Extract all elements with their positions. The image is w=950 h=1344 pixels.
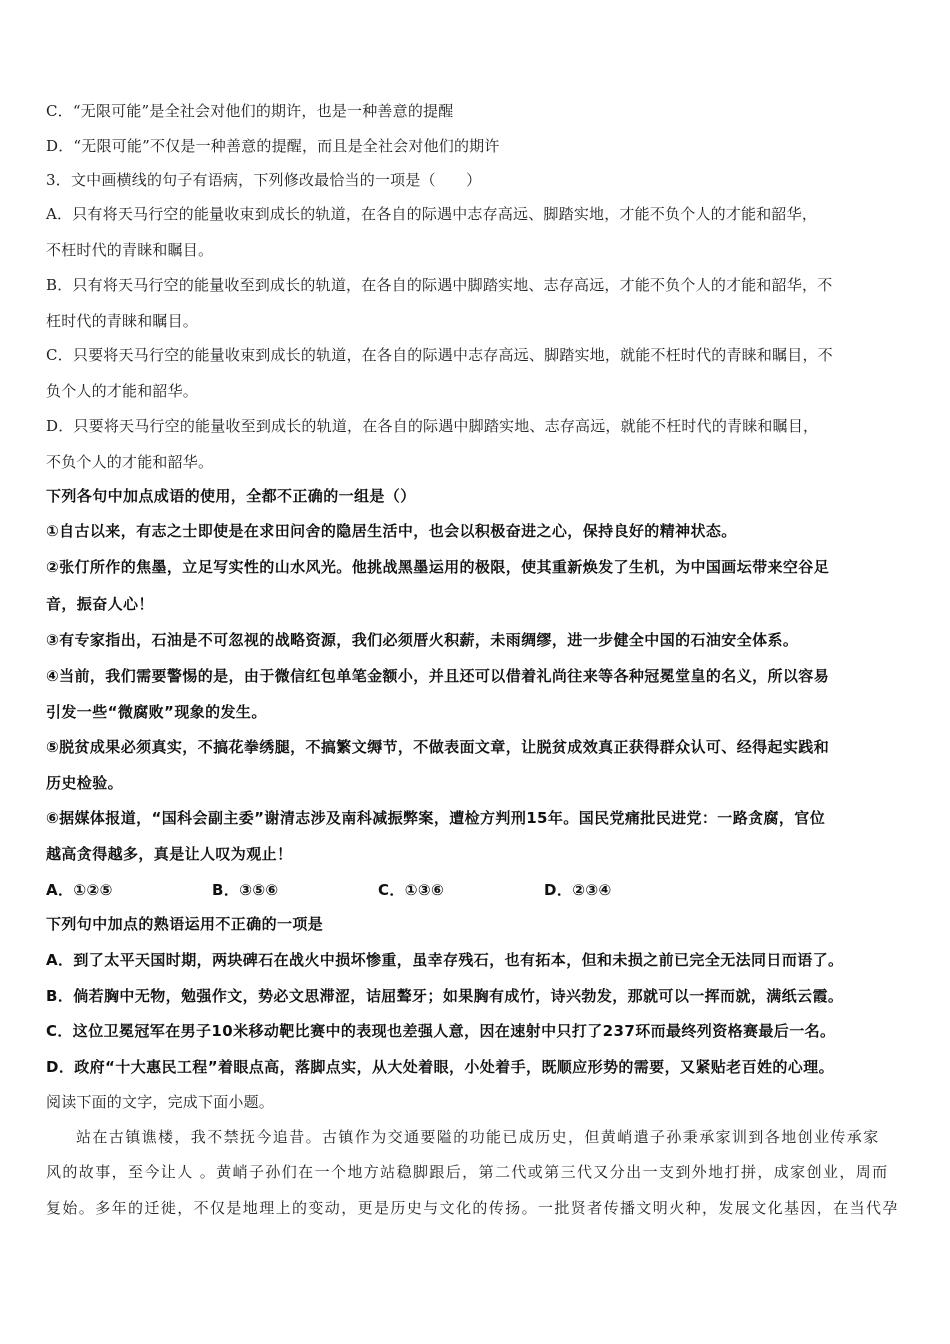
q2-option-d: D．“无限可能”不仅是一种善意的提醒，而且是全社会对他们的期许 [46,136,906,156]
phrase-option-c: C．这位卫冕冠军在男子10米移动靶比赛中的表现也差强人意，因在速射中只打了237… [46,1021,906,1041]
q3-option-d-line2: 不负个人的才能和韶华。 [46,452,906,472]
reading-paragraph-line2: 风的故事，至今让人 。黄峭子孙们在一个地方站稳脚跟后，第二代或第三代又分出一支到… [46,1162,906,1182]
idiom-option-a: A．①②⑤ [46,880,212,900]
q3-option-d-line1: D．只要将天马行空的能量收至到成长的轨道，在各自的际遇中脚踏实地、志存高远，就能… [46,416,906,436]
idiom-option-c: C．①③⑥ [378,880,544,900]
phrase-option-a: A．到了太平天国时期，两块碑石在战火中损坏惨重，虽幸存残石，也有拓本，但和未损之… [46,950,906,970]
idiom-sentence-6-line1: ⑥据媒体报道，“国科会副主委”谢清志涉及南科减振弊案，遭检方判刑15年。国民党痛… [46,808,906,828]
phrase-option-b: B．倘若胸中无物，勉强作文，势必文思滞涩，诘屈聱牙；如果胸有成竹，诗兴勃发，那就… [46,986,906,1006]
idiom-options: A．①②⑤ B．③⑤⑥ C．①③⑥ D．②③④ [46,880,906,900]
q3-stem: 3．文中画横线的句子有语病，下列修改最恰当的一项是（ ） [46,170,906,190]
idiom-sentence-4-line1: ④当前，我们需要警惕的是，由于微信红包单笔金额小，并且还可以借着礼尚往来等各种冠… [46,666,906,686]
reading-paragraph-line1: 站在古镇谯楼，我不禁抚今追昔。古镇作为交通要隘的功能已成历史，但黄峭遣子孙秉承家… [46,1127,936,1147]
idiom-sentence-2-line2: 音，振奋人心！ [46,594,906,614]
idiom-sentence-3: ③有专家指出，石油是不可忽视的战略资源，我们必须厝火积薪，未雨绸缪，进一步健全中… [46,630,906,650]
idiom-sentence-1: ①自古以来，有志之士即使是在求田问舍的隐居生活中，也会以积极奋进之心，保持良好的… [46,521,906,541]
idiom-option-d: D．②③④ [544,880,710,900]
idiom-sentence-6-line2: 越高贪得越多，真是让人叹为观止！ [46,844,906,864]
q3-option-b-line2: 枉时代的青睐和瞩目。 [46,311,906,331]
q3-option-a-line1: A．只有将天马行空的能量收束到成长的轨道，在各自的际遇中志存高远、脚踏实地，才能… [46,204,906,224]
idiom-option-b: B．③⑤⑥ [212,880,378,900]
idiom-sentence-5-line1: ⑤脱贫成果必须真实，不搞花拳绣腿，不搞繁文缛节，不做表面文章，让脱贫成效真正获得… [46,737,906,757]
phrase-question-stem: 下列句中加点的熟语运用不正确的一项是 [46,914,906,934]
reading-paragraph-line3: 复始。多年的迁徙，不仅是地理上的变动，更是历史与文化的传扬。一批贤者传播文明火种… [46,1198,906,1218]
idiom-question-stem: 下列各句中加点成语的使用，全都不正确的一组是（） [46,486,906,506]
q2-option-c: C．“无限可能”是全社会对他们的期许，也是一种善意的提醒 [46,101,906,121]
idiom-sentence-2-line1: ②张仃所作的焦墨，立足写实性的山水风光。他挑战黑墨运用的极限，使其重新焕发了生机… [46,557,906,577]
exam-page: C．“无限可能”是全社会对他们的期许，也是一种善意的提醒 D．“无限可能”不仅是… [0,0,950,1344]
q3-option-c-line1: C．只要将天马行空的能量收束到成长的轨道，在各自的际遇中志存高远、脚踏实地，就能… [46,345,906,365]
q3-option-a-line2: 不枉时代的青睐和瞩目。 [46,240,906,260]
reading-instruction: 阅读下面的文字，完成下面小题。 [46,1092,906,1112]
phrase-option-d: D．政府“十大惠民工程”着眼点高，落脚点实，从大处着眼，小处着手，既顺应形势的需… [46,1057,906,1077]
idiom-sentence-4-line2: 引发一些“微腐败”现象的发生。 [46,702,906,722]
idiom-sentence-5-line2: 历史检验。 [46,773,906,793]
q3-option-b-line1: B．只有将天马行空的能量收至到成长的轨道，在各自的际遇中脚踏实地、志存高远，才能… [46,275,906,295]
q3-option-c-line2: 负个人的才能和韶华。 [46,381,906,401]
